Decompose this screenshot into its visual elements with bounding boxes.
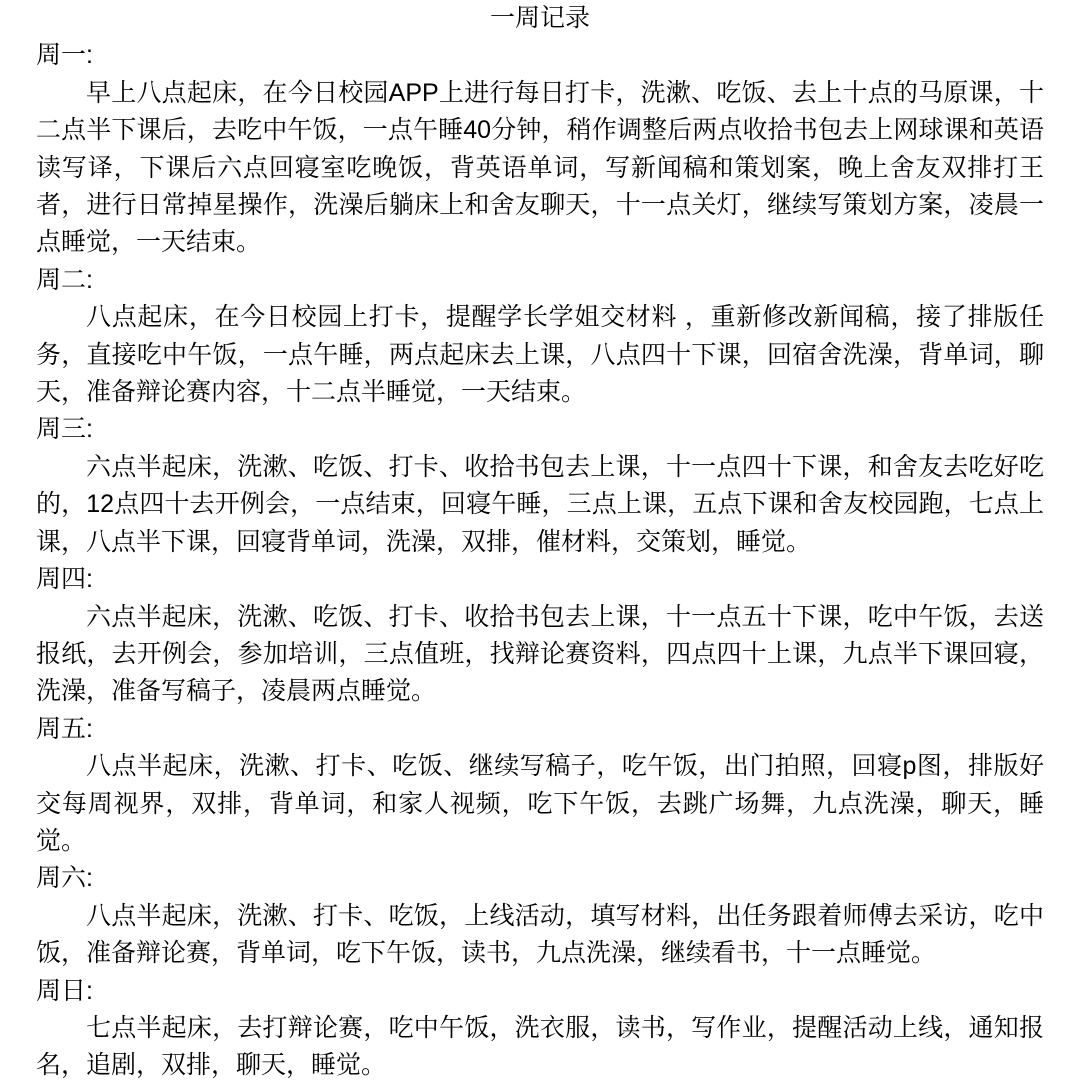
day-text-saturday: 八点半起床，洗漱、打卡、吃饭，上线活动，填写材料，出任务跟着师傅去采访，吃中饭，…: [36, 898, 1044, 973]
day-label-saturday: 周六:: [36, 860, 1044, 897]
day-label-friday: 周五:: [36, 711, 1044, 748]
weekly-record-document: 一周记录 周一: 早上八点起床，在今日校园APP上进行每日打卡，洗漱、吃饭、去上…: [0, 0, 1080, 1085]
day-text-wednesday: 六点半起床，洗漱、吃饭、打卡、收拾书包去上课，十一点四十下课，和舍友去吃好吃的，…: [36, 449, 1044, 561]
day-text-monday: 早上八点起床，在今日校园APP上进行每日打卡，洗漱、吃饭、去上十点的马原课，十二…: [36, 75, 1044, 262]
day-label-monday: 周一:: [36, 37, 1044, 74]
day-label-wednesday: 周三:: [36, 411, 1044, 448]
day-entry-tuesday: 周二: 八点起床，在今日校园上打卡，提醒学长学姐交材料 ，重新修改新闻稿，接了排…: [36, 262, 1044, 412]
day-text-sunday: 七点半起床，去打辩论赛，吃中午饭，洗衣服，读书，写作业，提醒活动上线，通知报名，…: [36, 1010, 1044, 1085]
day-entry-sunday: 周日: 七点半起床，去打辩论赛，吃中午饭，洗衣服，读书，写作业，提醒活动上线，通…: [36, 973, 1044, 1085]
day-entry-saturday: 周六: 八点半起床，洗漱、打卡、吃饭，上线活动，填写材料，出任务跟着师傅去采访，…: [36, 860, 1044, 972]
day-label-sunday: 周日:: [36, 973, 1044, 1010]
day-label-tuesday: 周二:: [36, 262, 1044, 299]
day-text-thursday: 六点半起床，洗漱、吃饭、打卡、收拾书包去上课，十一点五十下课，吃中午饭，去送报纸…: [36, 599, 1044, 711]
day-label-thursday: 周四:: [36, 561, 1044, 598]
day-entry-friday: 周五: 八点半起床，洗漱、打卡、吃饭、继续写稿子，吃午饭，出门拍照，回寝p图，排…: [36, 711, 1044, 861]
day-text-tuesday: 八点起床，在今日校园上打卡，提醒学长学姐交材料 ，重新修改新闻稿，接了排版任务，…: [36, 299, 1044, 411]
day-text-friday: 八点半起床，洗漱、打卡、吃饭、继续写稿子，吃午饭，出门拍照，回寝p图，排版好交每…: [36, 748, 1044, 860]
day-entry-thursday: 周四: 六点半起床，洗漱、吃饭、打卡、收拾书包去上课，十一点五十下课，吃中午饭，…: [36, 561, 1044, 711]
page-title: 一周记录: [36, 0, 1044, 37]
day-entry-monday: 周一: 早上八点起床，在今日校园APP上进行每日打卡，洗漱、吃饭、去上十点的马原…: [36, 37, 1044, 261]
day-entry-wednesday: 周三: 六点半起床，洗漱、吃饭、打卡、收拾书包去上课，十一点四十下课，和舍友去吃…: [36, 411, 1044, 561]
